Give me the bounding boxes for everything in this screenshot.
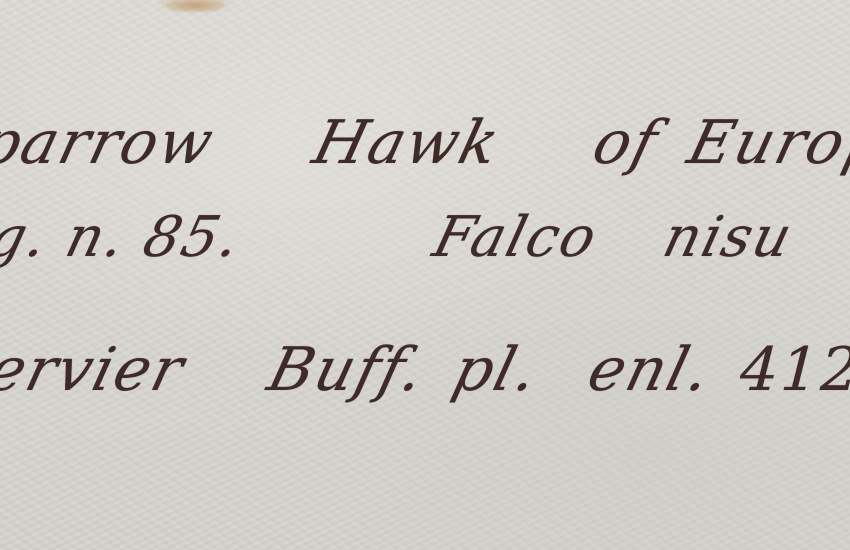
word-falco: Falco xyxy=(427,205,605,270)
word-sparrow: parrow xyxy=(0,108,222,178)
paper-stain xyxy=(165,0,225,12)
word-hawk: Hawk xyxy=(306,108,507,178)
paper-background xyxy=(0,0,850,550)
figure-reference: g. n. 85. xyxy=(0,205,248,270)
word-epervier: ervier xyxy=(0,335,192,405)
word-europe: Europ xyxy=(681,108,850,178)
word-nisus: nisu xyxy=(657,205,800,270)
word-enl: enl. xyxy=(581,335,719,405)
word-pl: pl. xyxy=(446,335,546,405)
plate-number: 412 xyxy=(731,335,850,405)
word-buff: Buff. xyxy=(261,335,433,405)
